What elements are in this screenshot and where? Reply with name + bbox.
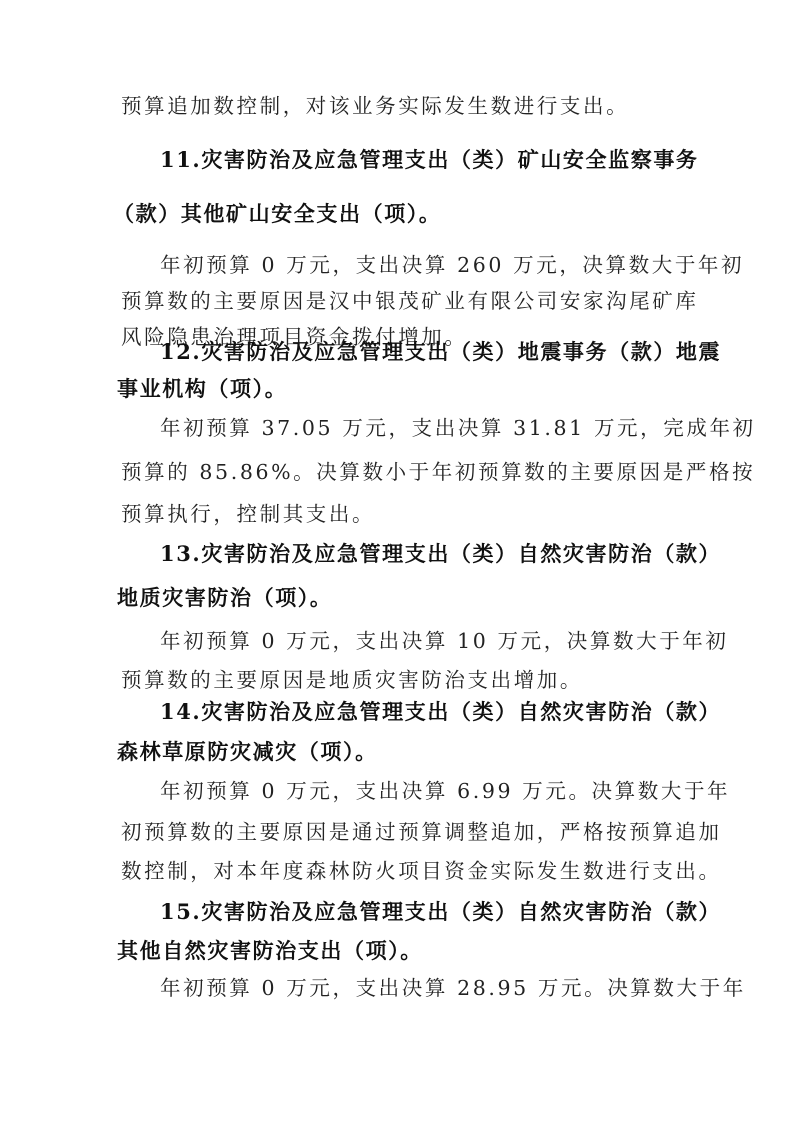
paragraph-item-11-line-1: 年初预算 0 万元，支出决算 260 万元，决算数大于年初 [160,251,744,279]
document-page: 预算追加数控制，对该业务实际发生数进行支出。 11.灾害防治及应急管理支出（类）… [0,0,793,1122]
heading-item-13-line-2: 地质灾害防治（项）。 [117,584,333,612]
heading-item-14-line-1: 14.灾害防治及应急管理支出（类）自然灾害防治（款） [160,698,721,726]
heading-item-12-line-1: 12.灾害防治及应急管理支出（类）地震事务（款）地震 [160,338,721,366]
paragraph-item-13-line-2: 预算数的主要原因是地质灾害防治支出增加。 [121,666,583,694]
heading-item-14-line-2: 森林草原防灾减灾（项）。 [117,738,378,766]
heading-item-13-line-1: 13.灾害防治及应急管理支出（类）自然灾害防治（款） [160,540,721,568]
paragraph-item-14-line-2: 初预算数的主要原因是通过预算调整追加，严格按预算追加 [121,818,722,846]
paragraph-item-12-line-3: 预算执行，控制其支出。 [121,500,375,528]
paragraph-item-15-line-1: 年初预算 0 万元，支出决算 28.95 万元。决算数大于年 [160,974,746,1002]
paragraph-item-14-line-3: 数控制，对本年度森林防火项目资金实际发生数进行支出。 [121,857,722,885]
paragraph-item-11-line-2: 预算数的主要原因是汉中银茂矿业有限公司安家沟尾矿库 [121,287,699,315]
paragraph-item-12-line-2: 预算的 85.86%。决算数小于年初预算数的主要原因是严格按 [121,458,755,486]
paragraph-10-continuation: 预算追加数控制，对该业务实际发生数进行支出。 [121,92,629,120]
heading-item-15-line-2: 其他自然灾害防治支出（项）。 [117,937,423,965]
heading-item-15-line-1: 15.灾害防治及应急管理支出（类）自然灾害防治（款） [160,898,721,926]
heading-item-11-line-2: （款）其他矿山安全支出（项）。 [113,200,442,228]
paragraph-item-12-line-1: 年初预算 37.05 万元，支出决算 31.81 万元，完成年初 [160,414,756,442]
paragraph-item-14-line-1: 年初预算 0 万元，支出决算 6.99 万元。决算数大于年 [160,777,730,805]
heading-item-11-line-1: 11.灾害防治及应急管理支出（类）矿山安全监察事务 [160,146,699,174]
heading-item-12-line-2: 事业机构（项）。 [117,375,287,403]
paragraph-item-13-line-1: 年初预算 0 万元，支出决算 10 万元，决算数大于年初 [160,627,729,655]
